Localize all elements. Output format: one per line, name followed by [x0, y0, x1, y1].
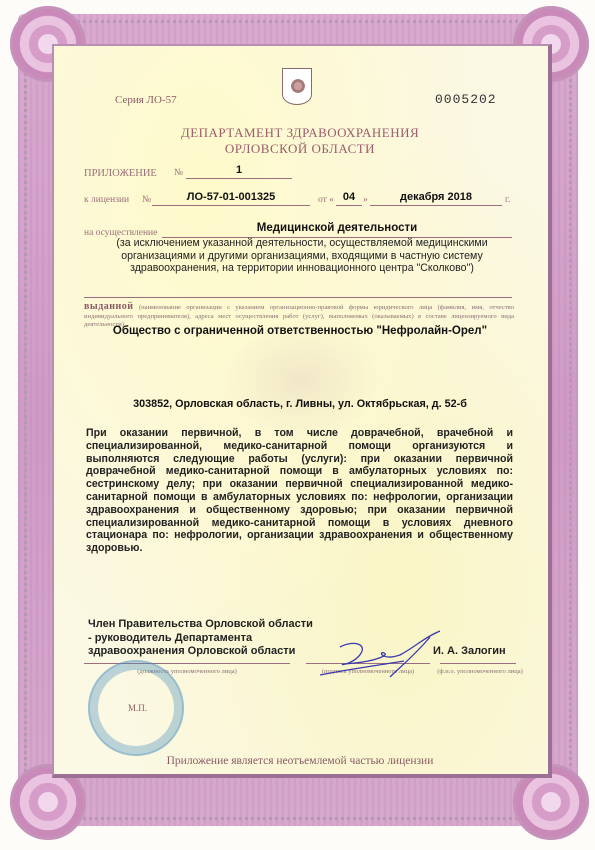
- eagle-watermark-icon: [220, 320, 380, 440]
- name-line: [440, 663, 516, 664]
- issued-label: выданной: [84, 301, 134, 312]
- date-suffix: г.: [505, 195, 510, 205]
- department-region: ОРЛОВСКОЙ ОБЛАСТИ: [100, 141, 500, 157]
- license-number: ЛО-57-01-001325: [152, 191, 310, 206]
- date-day-close: »: [363, 195, 368, 205]
- signatory-name: И. А. Залогин: [433, 645, 506, 657]
- footer-note: Приложение является неотъемлемой частью …: [100, 755, 500, 767]
- department-title: ДЕПАРТАМЕНТ ЗДРАВООХРАНЕНИЯ: [100, 125, 500, 141]
- date-day: 04: [336, 191, 362, 206]
- stamp-label: М.П.: [128, 703, 147, 713]
- form-number: 0005202: [435, 92, 497, 107]
- handwritten-signature-icon: [300, 625, 440, 680]
- date-month-year: декабря 2018: [370, 191, 502, 206]
- license-label: к лицензии: [84, 195, 129, 205]
- appendix-number: 1: [186, 164, 292, 179]
- caption-name: (ф.и.о. уполномоченного лица): [432, 668, 528, 675]
- activity-type: Медицинской деятельности: [162, 222, 512, 238]
- date-from-label: от «: [318, 195, 334, 205]
- license-no-sign: №: [142, 195, 151, 205]
- organization-name: Общество с ограниченной ответственностью…: [80, 325, 520, 337]
- activity-note: (за исключением указанной деятельности, …: [82, 237, 522, 275]
- appendix-label: ПРИЛОЖЕНИЕ: [84, 168, 157, 179]
- divider-line: [84, 296, 512, 298]
- appendix-no-sign: №: [174, 168, 183, 178]
- services-description: При оказании первичной, в том числе довр…: [86, 427, 513, 555]
- coat-of-arms-icon: [282, 68, 312, 105]
- organization-address: 303852, Орловская область, г. Ливны, ул.…: [80, 398, 520, 410]
- series-label: Серия ЛО-57: [115, 94, 177, 106]
- signatory-position: Член Правительства Орловской области - р…: [88, 618, 318, 659]
